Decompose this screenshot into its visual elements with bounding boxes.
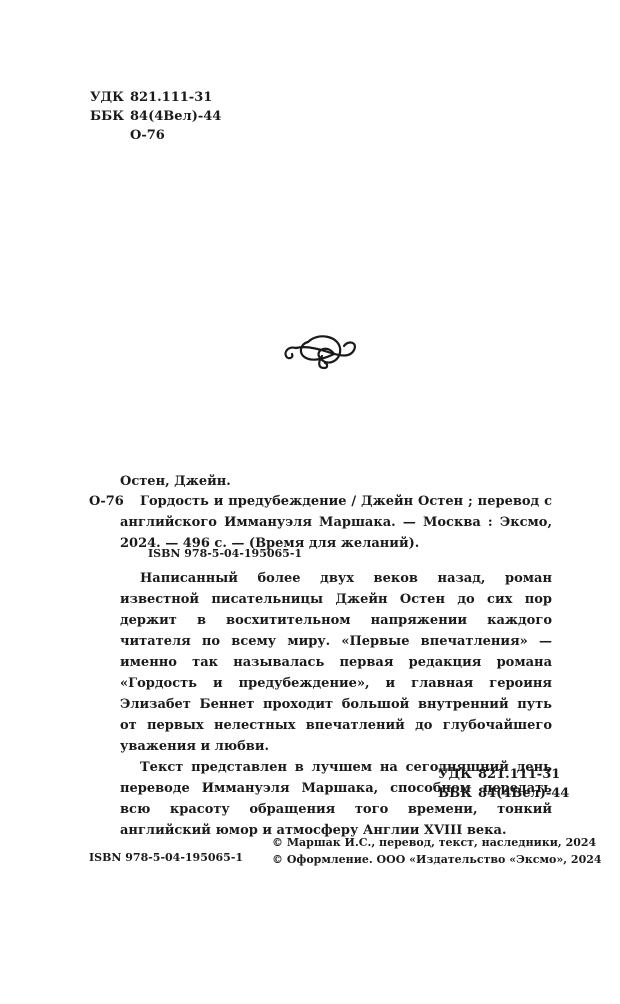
copyright-lines: © Маршак И.С., перевод, текст, наследник… — [272, 834, 602, 868]
bbk-value: 84(4Вел)-44 — [478, 784, 569, 803]
classification-block-top: УДК 821.111-31 ББК 84(4Вел)-44 О-76 — [90, 88, 221, 145]
classification-block-bottom: УДК 821.111-31 ББК 84(4Вел)-44 — [438, 765, 569, 803]
author-mark-row: О-76 — [90, 126, 221, 145]
copyright-translation: © Маршак И.С., перевод, текст, наследник… — [272, 834, 602, 851]
author-mark-left: О-76 — [89, 494, 124, 509]
isbn-footer: ISBN 978-5-04-195065-1 — [89, 851, 243, 864]
bbk-row: ББК 84(4Вел)-44 — [438, 784, 569, 803]
author-mark: О-76 — [130, 126, 165, 145]
udk-value: 821.111-31 — [478, 765, 560, 784]
bbk-row: ББК 84(4Вел)-44 — [90, 107, 221, 126]
flourish-ornament-icon — [278, 328, 362, 372]
isbn-inline: ISBN 978-5-04-195065-1 — [148, 547, 302, 560]
bbk-label: ББК — [438, 784, 478, 803]
udk-label: УДК — [438, 765, 478, 784]
annotation-paragraph: Написанный более двух веков назад, роман… — [120, 568, 552, 757]
udk-value: 821.111-31 — [130, 88, 212, 107]
udk-row: УДК 821.111-31 — [438, 765, 569, 784]
bbk-label: ББК — [90, 107, 130, 126]
udk-label: УДК — [90, 88, 130, 107]
udk-row: УДК 821.111-31 — [90, 88, 221, 107]
bibliographic-description: Гордость и предубеждение / Джейн Остен ;… — [120, 491, 552, 554]
copyright-design: © Оформление. ООО «Издательство «Эксмо»,… — [272, 851, 602, 868]
bbk-value: 84(4Вел)-44 — [130, 107, 221, 126]
author-name: Остен, Джейн. — [120, 474, 231, 489]
